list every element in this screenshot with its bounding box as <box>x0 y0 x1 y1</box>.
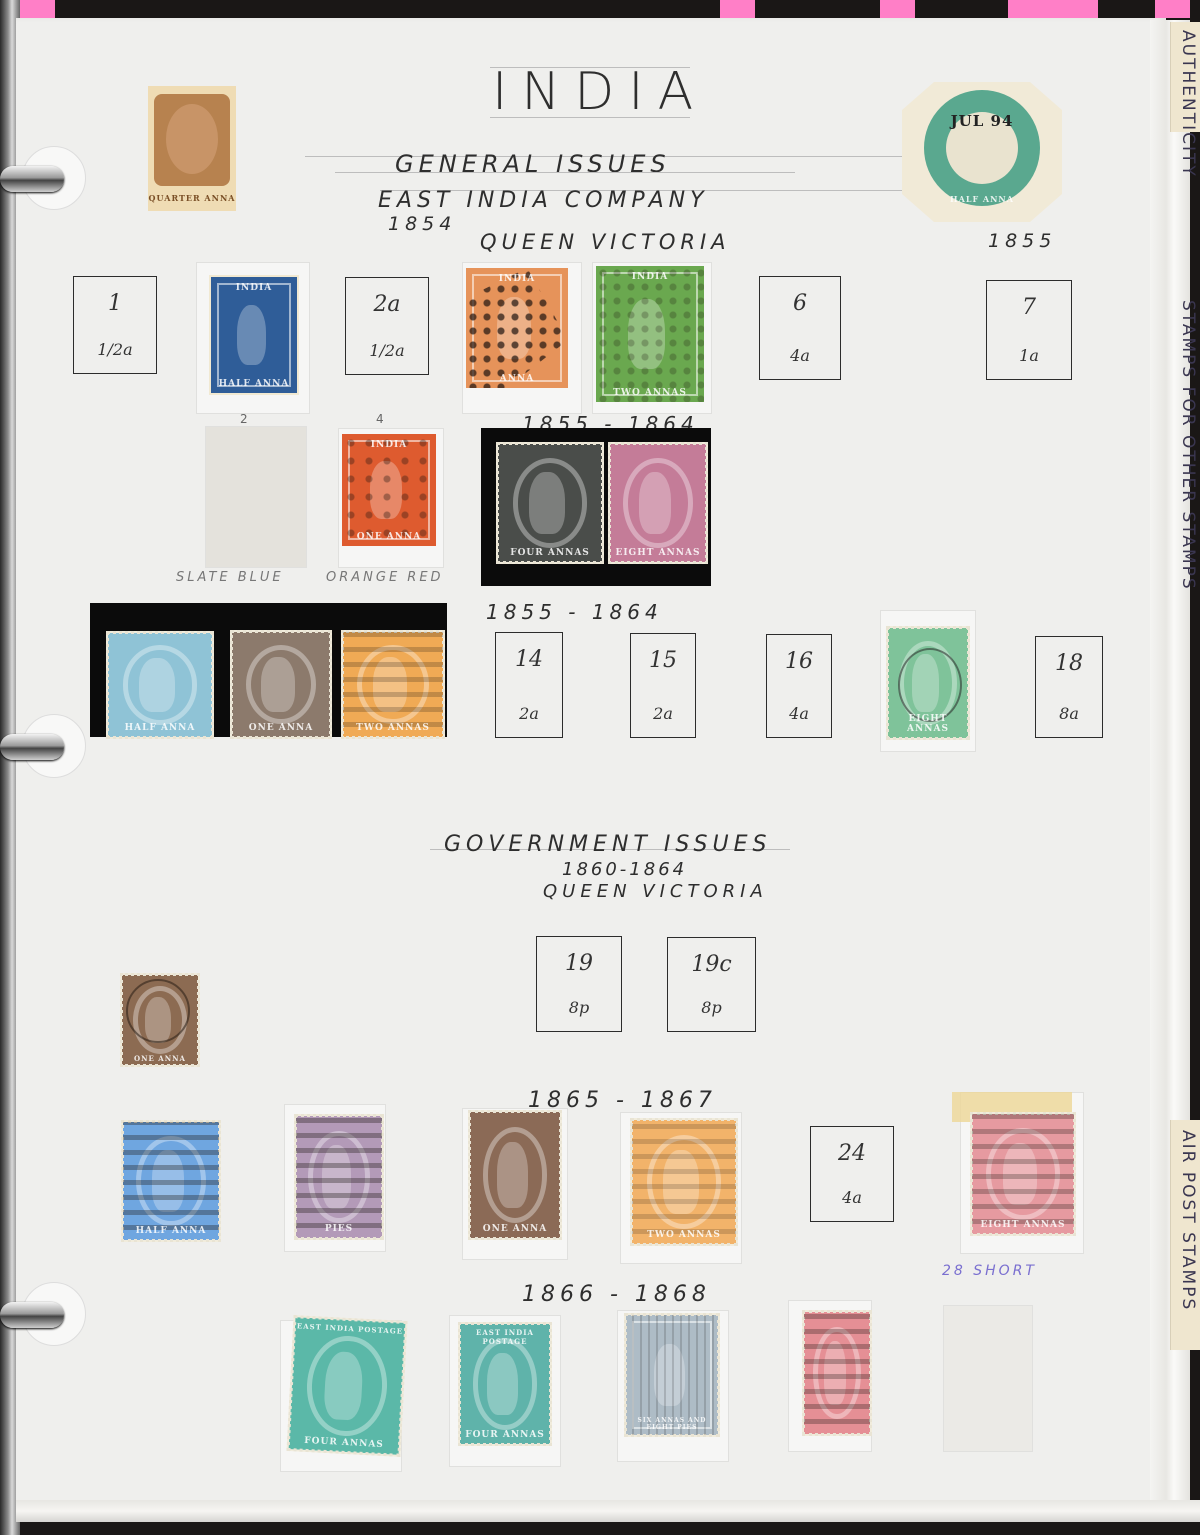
page-title: INDIA <box>492 62 707 122</box>
stamp-value-label: HALF ANNA <box>902 194 1062 204</box>
mount-pencil-label: 4 <box>376 412 389 426</box>
stamp-space: 14 2a <box>495 632 563 738</box>
stamp-bottom-label: TWO ANNAS <box>632 1230 736 1240</box>
catalog-number: 1 <box>74 291 156 316</box>
issue-years: 1860-1864 <box>562 859 687 880</box>
postmark <box>632 1120 736 1244</box>
stamp-space: 7 1a <box>986 280 1072 380</box>
stamp-bottom-label: SIX ANNAS AND EIGHT PIES <box>626 1417 718 1431</box>
denomination: 1/2a <box>74 340 156 359</box>
stamp-eight-annas-green[interactable]: EIGHT ANNAS <box>888 628 968 738</box>
queen-portrait <box>166 104 218 174</box>
collector-note: 28 SHORT <box>942 1263 1037 1279</box>
stamp-space: 6 4a <box>759 276 841 380</box>
stamp-bottom-label: HALF ANNA <box>123 1226 219 1236</box>
stamp-space: 19 8p <box>536 936 622 1032</box>
stamp-space: 15 2a <box>630 633 696 738</box>
mount-pencil-label: 2 <box>240 412 253 426</box>
denomination: 4a <box>811 1188 893 1207</box>
stamp-value-label: QUARTER ANNA <box>148 193 236 203</box>
catalog-number: 6 <box>760 291 840 316</box>
stamp-bottom-label: TWO ANNAS <box>596 388 704 398</box>
postmark <box>972 1114 1074 1234</box>
catalog-number: 18 <box>1036 651 1102 676</box>
stamp-space: 16 4a <box>766 634 832 738</box>
stamp-one-anna-brown[interactable]: ONE ANNA <box>470 1112 560 1238</box>
issue-years: 1855 - 1864 <box>486 600 663 624</box>
issue-year-right: 1855 <box>988 230 1056 252</box>
queen-portrait <box>139 658 174 712</box>
stamp-bottom-label: EIGHT ANNAS <box>888 714 968 734</box>
index-tab[interactable] <box>1155 0 1190 18</box>
stamp-one-anna-red[interactable]: INDIA ANNA <box>466 268 568 388</box>
stamp-one-anna-orange-red[interactable]: INDIA ONE ANNA <box>342 434 436 546</box>
cut-square-quarter-anna[interactable]: QUARTER ANNA <box>148 86 236 211</box>
stamp-one-anna-brown[interactable]: ONE ANNA <box>122 975 198 1065</box>
issue-years: 1866 - 1868 <box>522 1282 711 1307</box>
stamp-space: 2a 1/2a <box>345 277 429 375</box>
denomination: 4a <box>767 704 831 723</box>
denomination: 2a <box>631 704 695 723</box>
stamp-bottom-label: EIGHT ANNAS <box>610 548 706 558</box>
stamp-eight-pies-purple[interactable]: PIES <box>296 1116 382 1238</box>
queen-portrait <box>323 1351 364 1421</box>
index-tab[interactable] <box>720 0 755 18</box>
stamp-top-label: INDIA <box>342 440 436 450</box>
title-rule <box>490 117 690 118</box>
postmark <box>898 648 962 722</box>
stamp-bottom-label: EIGHT ANNAS <box>972 1220 1074 1230</box>
stamp-bottom-label: ONE ANNA <box>122 1054 198 1063</box>
queen-portrait <box>529 472 564 533</box>
empty-stamp-mount[interactable] <box>205 426 307 568</box>
stamp-bottom-label: FOUR ANNAS <box>289 1435 399 1451</box>
postmark <box>123 1122 219 1240</box>
empty-stamp-mount[interactable] <box>943 1305 1033 1452</box>
stamp-bottom-label: ONE ANNA <box>470 1224 560 1234</box>
queen-portrait <box>639 472 672 533</box>
denomination: 1/2a <box>346 341 428 360</box>
color-note: SLATE BLUE <box>176 570 284 585</box>
stamp-bottom-label: PIES <box>296 1224 382 1234</box>
stamp-two-annas-orange[interactable]: TWO ANNAS <box>632 1120 736 1244</box>
stamp-bottom-label: FOUR ANNAS <box>460 1430 550 1440</box>
denomination: 4a <box>760 346 840 365</box>
stamp-half-anna-blue[interactable]: INDIA HALF ANNA <box>209 275 299 395</box>
divider-tab-label: STAMPS FOR OTHER STAMPS <box>1178 300 1198 591</box>
stamp-half-anna-blue[interactable]: HALF ANNA <box>123 1122 219 1240</box>
stamp-bottom-label: HALF ANNA <box>211 379 297 389</box>
queen-portrait <box>497 1142 528 1208</box>
stamp-four-annas-black[interactable]: FOUR ANNAS <box>498 444 602 562</box>
stamp-top-label: EAST INDIA POSTAGE <box>295 1321 405 1336</box>
index-tab[interactable] <box>20 0 55 18</box>
issue-year: 1854 <box>388 213 456 235</box>
index-tab[interactable] <box>1008 0 1098 18</box>
stamp-two-annas-green[interactable]: INDIA TWO ANNAS <box>596 266 704 402</box>
stamp-four-annas-green[interactable]: EAST INDIA POSTAGE FOUR ANNAS <box>289 1317 406 1455</box>
color-note: ORANGE RED <box>326 570 444 585</box>
stamp-top-label: INDIA <box>211 283 297 293</box>
catalog-number: 24 <box>811 1141 893 1166</box>
catalog-number: 15 <box>631 648 695 673</box>
stamp-bottom-label: TWO ANNAS <box>343 723 443 733</box>
cut-square-half-anna[interactable]: JUL 94 HALF ANNA <box>902 82 1062 222</box>
section-heading: GOVERNMENT ISSUES <box>444 832 771 857</box>
postmark <box>296 1116 382 1238</box>
catalog-number: 2a <box>346 292 428 317</box>
postmark <box>596 266 704 402</box>
section-subheading: EAST INDIA COMPANY <box>378 188 709 213</box>
stamp-half-anna-blue[interactable]: HALF ANNA <box>108 633 212 737</box>
stamp-rose[interactable] <box>804 1312 870 1434</box>
stamp-four-annas-green[interactable]: EAST INDIA POSTAGE FOUR ANNAS <box>460 1324 550 1444</box>
stamp-eight-annas-carmine[interactable]: EIGHT ANNAS <box>610 444 706 562</box>
stamp-bottom-label: ONE ANNA <box>232 723 330 733</box>
index-tab[interactable] <box>880 0 915 18</box>
denomination: 2a <box>496 704 562 723</box>
queen-portrait <box>261 657 294 712</box>
stamp-eight-annas-rose[interactable]: EIGHT ANNAS <box>972 1114 1074 1234</box>
stamp-top-label: INDIA <box>596 272 704 282</box>
stamp-space: 18 8a <box>1035 636 1103 738</box>
stamp-two-annas-yellow[interactable]: TWO ANNAS <box>343 632 443 737</box>
denomination: 8p <box>668 998 755 1017</box>
stamp-space: 19c 8p <box>667 937 756 1032</box>
queen-portrait <box>237 305 266 365</box>
binder-ring <box>0 166 64 192</box>
page-stack-bottom <box>16 1500 1200 1522</box>
denomination: 1a <box>987 346 1071 365</box>
denomination: 8p <box>537 998 621 1017</box>
stamp-top-label: INDIA <box>466 274 568 284</box>
stamp-bottom-label: FOUR ANNAS <box>498 548 602 558</box>
postmark <box>342 434 436 546</box>
stamp-top-label: EAST INDIA POSTAGE <box>460 1328 550 1346</box>
section-heading: GENERAL ISSUES <box>395 150 671 178</box>
catalog-number: 14 <box>496 647 562 672</box>
heading-rule <box>335 172 795 173</box>
denomination: 8a <box>1036 704 1102 723</box>
postmark <box>343 632 443 737</box>
catalog-number: 7 <box>987 295 1071 320</box>
postmark <box>126 979 190 1043</box>
stamp-space: 1 1/2a <box>73 276 157 374</box>
divider-tab-label: AIR POST STAMPS <box>1178 1130 1198 1311</box>
postmark <box>804 1312 870 1434</box>
postmark: JUL 94 <box>902 112 1062 130</box>
reign-label: QUEEN VICTORIA <box>543 881 768 902</box>
reign-label: QUEEN VICTORIA <box>480 230 731 254</box>
binder-ring <box>0 734 64 760</box>
stamp-space: 24 4a <box>810 1126 894 1222</box>
catalog-number: 19 <box>537 951 621 976</box>
binder-ring <box>0 1302 64 1328</box>
catalog-number: 19c <box>668 952 755 977</box>
catalog-number: 16 <box>767 649 831 674</box>
stamp-six-annas-eight-pies-slate[interactable]: SIX ANNAS AND EIGHT PIES <box>626 1315 718 1435</box>
divider-tab-label: AUTHENTICITY <box>1178 30 1198 178</box>
stamp-bottom-label: ANNA <box>466 374 568 384</box>
stamp-bottom-label: HALF ANNA <box>108 723 212 733</box>
stamp-one-anna-brown[interactable]: ONE ANNA <box>232 632 330 737</box>
stamp-bottom-label: ONE ANNA <box>342 532 436 542</box>
queen-portrait <box>487 1353 518 1415</box>
